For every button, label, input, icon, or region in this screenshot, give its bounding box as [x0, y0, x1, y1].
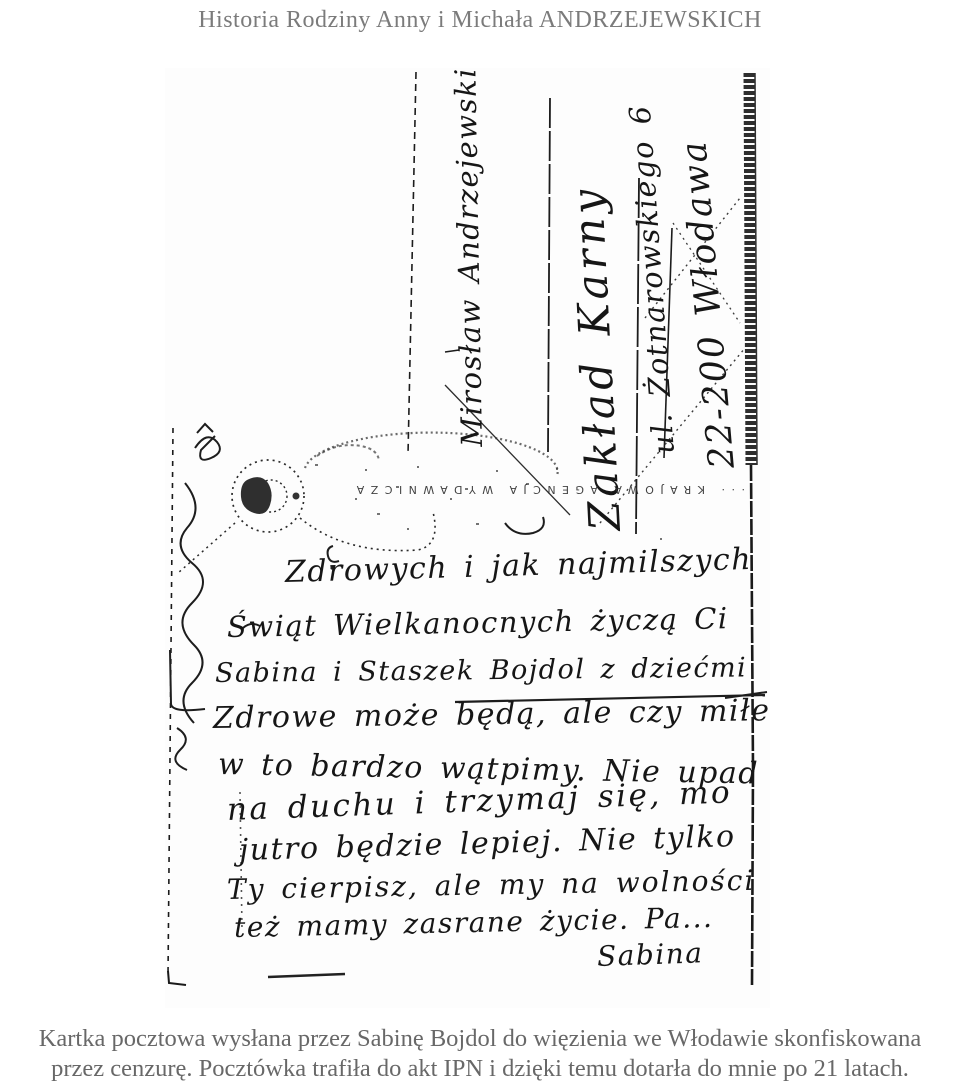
message-signature: Sabina	[597, 939, 704, 971]
publisher-imprint-upside-down: ··· KRAJOWA AGENCJA WYDAWNICZA	[330, 480, 745, 498]
message-line-3: Sabina i Staszek Bojdol z dziećmi	[215, 654, 748, 687]
caption-line-2: przez cenzurę. Pocztówka trafiła do akt …	[0, 1054, 960, 1083]
photo-caption: Kartka pocztowa wysłana przez Sabinę Boj…	[0, 1024, 960, 1083]
message-line-4: Zdrowe może będą, ale czy miłe	[213, 696, 771, 734]
address-line-name: Mirosław Andrzejewski	[451, 67, 487, 447]
page-title: Historia Rodziny Anny i Michała ANDRZEJE…	[0, 7, 960, 34]
postcard-scan-image: Mirosław Andrzejewski Zakład Karny ul. Ż…	[165, 68, 770, 1008]
caption-line-1: Kartka pocztowa wysłana przez Sabinę Boj…	[0, 1024, 960, 1054]
message-line-2: Świąt Wielkanocnych życzą Ci	[227, 604, 729, 642]
